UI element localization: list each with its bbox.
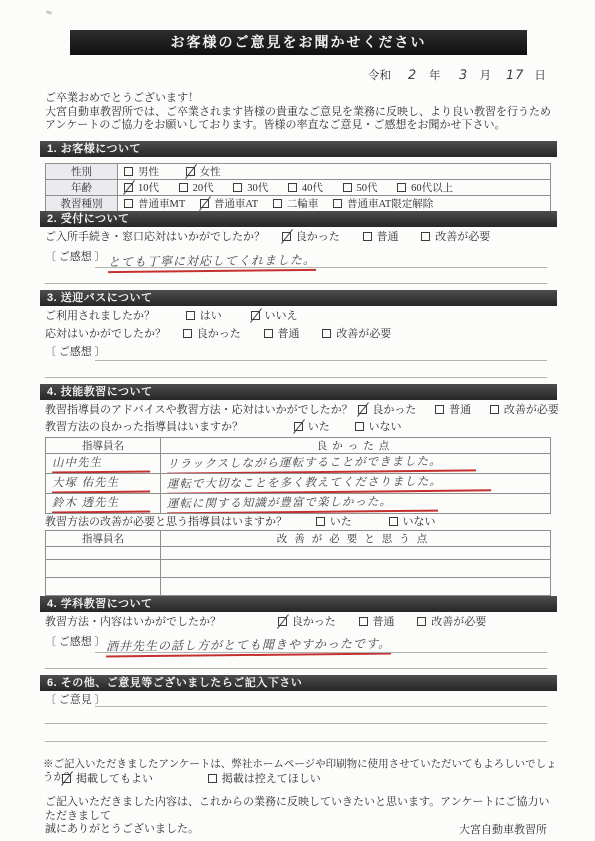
- greeting-line-1: ご卒業おめでとうございます！: [45, 92, 560, 106]
- option-label: 良かった: [197, 328, 241, 340]
- checkbox-icon: [124, 199, 133, 208]
- checkbox-icon: [333, 199, 342, 208]
- option-needs-improvement[interactable]: 改善が必要: [490, 404, 559, 418]
- option-publish-ok[interactable]: 掲載してもよい: [62, 773, 153, 787]
- option-label: いいえ: [265, 310, 298, 322]
- option-label: 普通: [278, 328, 300, 340]
- instructor-name[interactable]: 山中先生: [52, 454, 150, 474]
- survey-page: お客様のご意見をお聞かせください 令和 2 年 3 月 17 日 ご卒業おめでと…: [0, 0, 595, 841]
- option-age-20s[interactable]: 20代: [179, 180, 214, 195]
- question-text: 教習方法の改善が必要と思う指導員はいますか？: [45, 516, 287, 528]
- age-row: 年齢 10代 20代 30代 40代 50代 60代以上: [46, 180, 551, 196]
- checkbox-icon: [264, 329, 273, 338]
- option-good[interactable]: 良かった: [282, 231, 340, 245]
- reception-comment[interactable]: とても丁寧に対応してくれました。: [108, 252, 316, 272]
- checkbox-icon: [124, 167, 133, 176]
- option-label: 10代: [138, 183, 159, 194]
- course-label: 教習種別: [46, 196, 118, 212]
- greeting-text: ご卒業おめでとうございます！ 大宮自動車教習所では、ご卒業されます皆様の貴重なご…: [45, 92, 560, 133]
- option-label: 改善が必要: [336, 328, 391, 340]
- customer-info-table: 性別 男性 女性 年齢 10代 20代 30代 40代 50代 60代以上 教習…: [45, 163, 551, 212]
- skill-question3-line: 教習方法の改善が必要と思う指導員はいますか？ いた いない: [45, 516, 560, 530]
- handwritten-comment: 酒井先生の話し方がとても聞きやすかったです。: [106, 635, 391, 658]
- publication-options: 掲載してもよい 掲載は控えてほしい: [62, 773, 542, 787]
- option-label: いた: [308, 421, 330, 433]
- date-month-label: 月: [480, 70, 492, 82]
- option-age-40s[interactable]: 40代: [288, 180, 323, 195]
- option-label: 男性: [138, 167, 159, 178]
- checkbox-icon: [322, 329, 331, 338]
- option-needs-improvement[interactable]: 改善が必要: [322, 328, 391, 342]
- option-ita[interactable]: いた: [294, 421, 330, 435]
- option-yes[interactable]: はい: [186, 310, 222, 324]
- good-point[interactable]: リラックスしながら運転することができました。: [167, 454, 476, 474]
- checkbox-icon: [273, 199, 282, 208]
- option-label: はい: [200, 310, 222, 322]
- course-row: 教習種別 普通車MT 普通車AT 二輪車 普通車AT限定解除: [46, 196, 551, 212]
- table-row-empty: [46, 547, 551, 560]
- checkbox-icon: [282, 232, 291, 241]
- checkbox-icon: [316, 517, 325, 526]
- skill-question2-line: 教習方法の良かった指導員はいますか？ いた いない: [45, 421, 560, 435]
- good-point[interactable]: 運転に関する知識が豊富で楽しかった。: [167, 494, 439, 514]
- date-era-label: 令和: [368, 70, 391, 82]
- checkbox-icon: [389, 517, 398, 526]
- checkbox-icon: [251, 311, 260, 320]
- option-inai[interactable]: いない: [355, 421, 402, 435]
- option-age-50s[interactable]: 50代: [343, 180, 378, 195]
- table-row: 大塚 佑先生 運転で大切なことを多く教えてくださりました。: [46, 474, 551, 494]
- table-header-row: 指導員名 良かった点: [46, 438, 551, 454]
- improve-point-cell[interactable]: [161, 547, 551, 560]
- section4-header: 4. 技能教習について: [40, 384, 557, 400]
- instructor-name-cell[interactable]: [46, 578, 161, 596]
- comment-rule[interactable]: [45, 377, 547, 378]
- option-no[interactable]: いいえ: [251, 310, 298, 324]
- improve-point-cell[interactable]: [161, 578, 551, 596]
- option-label: 女性: [200, 167, 221, 178]
- option-age-30s[interactable]: 30代: [233, 180, 268, 195]
- instructor-name[interactable]: 鈴木 透先生: [52, 494, 150, 514]
- option-good[interactable]: 良かった: [278, 616, 336, 630]
- date-day-label: 日: [534, 70, 546, 82]
- age-label: 年齢: [46, 180, 118, 196]
- date-day-value[interactable]: 17: [506, 69, 525, 83]
- option-label: 普通: [377, 231, 399, 243]
- checkbox-icon: [358, 405, 367, 414]
- checkbox-icon: [233, 183, 242, 192]
- option-label: 良かった: [372, 404, 416, 416]
- table-row-empty: [46, 560, 551, 578]
- option-label: 普通: [449, 404, 471, 416]
- option-label: 40代: [302, 183, 323, 194]
- lecture-comment-label: 〔 ご感想 〕: [45, 636, 106, 650]
- comment-rule[interactable]: [95, 706, 547, 707]
- checkbox-icon: [278, 617, 287, 626]
- bus-service-question-line: 応対はいかがでしたか？ 良かった 普通 改善が必要: [45, 328, 560, 342]
- option-normal[interactable]: 普通: [264, 328, 300, 342]
- option-label: 掲載は控えてほしい: [222, 773, 321, 785]
- good-instructor-table: 指導員名 良かった点 山中先生 リラックスしながら運転することができました。 大…: [45, 437, 551, 514]
- date-month-value[interactable]: 3: [459, 69, 468, 83]
- reception-comment-label: 〔 ご感想 〕: [45, 251, 106, 265]
- checkbox-icon: [208, 774, 217, 783]
- checkbox-icon: [288, 183, 297, 192]
- option-course-mt[interactable]: 普通車MT: [124, 196, 185, 211]
- checkbox-icon: [186, 167, 195, 176]
- scan-artifact: [46, 10, 53, 15]
- instructor-name-cell[interactable]: [46, 547, 161, 560]
- comment-rule[interactable]: [45, 668, 547, 669]
- option-course-moto[interactable]: 二輪車: [273, 196, 319, 211]
- section5-header: 4. 学科教習について: [40, 596, 557, 612]
- table-row: 山中先生 リラックスしながら運転することができました。: [46, 454, 551, 474]
- option-label: 50代: [357, 183, 378, 194]
- option-label: 20代: [193, 183, 214, 194]
- option-label: 普通車MT: [138, 199, 185, 210]
- checkbox-icon: [179, 183, 188, 192]
- lecture-comment[interactable]: 酒井先生の話し方がとても聞きやすかったです。: [106, 636, 391, 656]
- table-row: 鈴木 透先生 運転に関する知識が豊富で楽しかった。: [46, 494, 551, 514]
- question-text: ご利用されましたか？: [45, 310, 155, 322]
- bus-used-question-line: ご利用されましたか？ はい いいえ: [45, 310, 560, 324]
- option-label: 普通車AT限定解除: [347, 199, 433, 210]
- col-good-point: 良かった点: [161, 438, 551, 454]
- comment-rule[interactable]: [95, 360, 547, 361]
- checkbox-icon: [397, 183, 406, 192]
- option-course-at-release[interactable]: 普通車AT限定解除: [333, 196, 433, 211]
- question-text: 教習指導員のアドバイスや教習方法・応対はいかがでしたか？: [45, 404, 353, 416]
- date-line: 令和 2 年 3 月 17 日: [368, 69, 578, 84]
- section3-header: 3. 送迎バスについて: [40, 290, 557, 306]
- option-label: 掲載してもよい: [76, 773, 153, 785]
- section6-header: 6. その他、ご意見等ございましたらご記入下さい: [40, 675, 557, 691]
- option-publish-no[interactable]: 掲載は控えてほしい: [208, 773, 321, 787]
- option-label: 普通車AT: [214, 199, 258, 210]
- section2-header: 2. 受付について: [40, 211, 557, 227]
- checkbox-icon: [343, 183, 352, 192]
- question-text: 教習方法の良かった指導員はいますか？: [45, 421, 243, 433]
- option-normal[interactable]: 普通: [435, 404, 471, 418]
- option-age-60s[interactable]: 60代以上: [397, 180, 453, 195]
- checkbox-icon: [417, 617, 426, 626]
- option-age-10s[interactable]: 10代: [124, 180, 159, 195]
- section1-header: 1. お客様について: [40, 141, 557, 157]
- option-label: 改善が必要: [431, 616, 486, 628]
- col-improve-point: 改善が必要と思う点: [161, 531, 551, 547]
- gender-label: 性別: [46, 164, 118, 180]
- option-label: 改善が必要: [504, 404, 559, 416]
- question-text: ご入所手続き・窓口応対はいかがでしたか？: [45, 231, 265, 243]
- comment-rule[interactable]: [45, 741, 547, 742]
- skill-question1-line: 教習指導員のアドバイスや教習方法・応対はいかがでしたか？ 良かった 普通 改善が…: [45, 404, 565, 418]
- date-year-label: 年: [429, 70, 441, 82]
- comment-rule[interactable]: [95, 267, 547, 268]
- question-text: 応対はいかがでしたか？: [45, 328, 166, 340]
- option-inai[interactable]: いない: [389, 516, 436, 530]
- lecture-question-line: 教習方法・内容はいかがでしたか？ 良かった 普通 改善が必要: [45, 616, 560, 630]
- comment-rule[interactable]: [95, 652, 547, 653]
- option-male[interactable]: 男性: [124, 164, 159, 179]
- handwritten-comment: とても丁寧に対応してくれました。: [108, 251, 316, 273]
- option-normal[interactable]: 普通: [363, 231, 399, 245]
- greeting-line-3: アンケートのご協力をお願いしております。皆様の率直なご意見・ご感想をお聞かせ下さ…: [45, 119, 560, 133]
- checkbox-icon: [363, 232, 372, 241]
- option-course-at[interactable]: 普通車AT: [200, 196, 258, 211]
- checkbox-icon: [490, 405, 499, 414]
- option-label: 良かった: [296, 231, 340, 243]
- option-normal[interactable]: 普通: [359, 616, 395, 630]
- option-label: 30代: [247, 183, 268, 194]
- improve-instructor-table: 指導員名 改善が必要と思う点: [45, 530, 551, 596]
- option-female[interactable]: 女性: [186, 164, 221, 179]
- checkbox-icon: [359, 617, 368, 626]
- comment-rule[interactable]: [45, 723, 547, 724]
- checkbox-icon: [355, 422, 364, 431]
- col-instructor-name: 指導員名: [46, 438, 161, 454]
- option-ita[interactable]: いた: [316, 516, 352, 530]
- option-label: いない: [369, 421, 402, 433]
- option-needs-improvement[interactable]: 改善が必要: [421, 231, 490, 245]
- checkbox-icon: [294, 422, 303, 431]
- checkbox-icon: [124, 183, 133, 192]
- option-good[interactable]: 良かった: [358, 404, 416, 418]
- instructor-name[interactable]: 大塚 佑先生: [52, 474, 150, 494]
- option-needs-improvement[interactable]: 改善が必要: [417, 616, 486, 630]
- option-good[interactable]: 良かった: [183, 328, 241, 342]
- option-label: いない: [403, 516, 436, 528]
- option-label: 普通: [373, 616, 395, 628]
- date-year-value[interactable]: 2: [408, 69, 417, 83]
- checkbox-icon: [435, 405, 444, 414]
- closing-line-1: ご記入いただきました内容は、これからの業務に反映していきたいと思います。アンケー…: [45, 796, 560, 823]
- question-text: 教習方法・内容はいかがでしたか？: [45, 616, 221, 628]
- improve-point-cell[interactable]: [161, 560, 551, 578]
- option-label: 良かった: [292, 616, 336, 628]
- instructor-name-cell[interactable]: [46, 560, 161, 578]
- table-header-row: 指導員名 改善が必要と思う点: [46, 531, 551, 547]
- checkbox-icon: [62, 774, 71, 783]
- gender-row: 性別 男性 女性: [46, 164, 551, 180]
- option-label: 60代以上: [411, 183, 453, 194]
- company-name: 大宮自動車教習所: [45, 824, 547, 838]
- reception-question-line: ご入所手続き・窓口応対はいかがでしたか？ 良かった 普通 改善が必要: [45, 231, 560, 245]
- table-row-empty: [46, 578, 551, 596]
- greeting-line-2: 大宮自動車教習所では、ご卒業されます皆様の貴重なご意見を業務に反映し、より良い教…: [45, 106, 560, 120]
- option-label: いた: [330, 516, 352, 528]
- col-instructor-name: 指導員名: [46, 531, 161, 547]
- option-label: 改善が必要: [435, 231, 490, 243]
- checkbox-icon: [186, 311, 195, 320]
- checkbox-icon: [200, 199, 209, 208]
- checkbox-icon: [421, 232, 430, 241]
- page-title: お客様のご意見をお聞かせください: [70, 30, 527, 55]
- comment-rule[interactable]: [45, 283, 547, 284]
- checkbox-icon: [183, 329, 192, 338]
- bus-comment-label: 〔 ご感想 〕: [45, 346, 106, 360]
- good-point[interactable]: 運転で大切なことを多く教えてくださりました。: [167, 474, 491, 494]
- option-label: 二輪車: [287, 199, 319, 210]
